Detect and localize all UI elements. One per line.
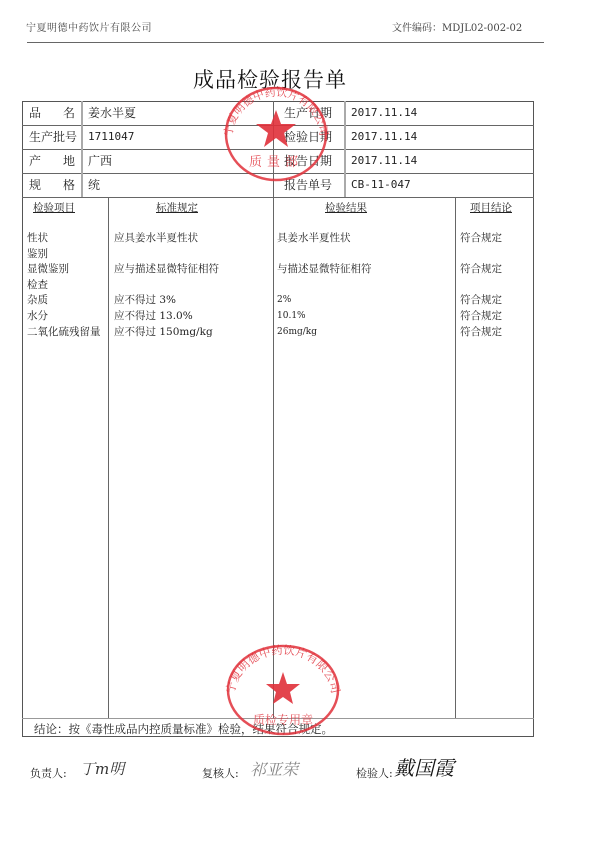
col-divider bbox=[344, 101, 346, 197]
result-text: 10.1% bbox=[277, 309, 306, 325]
standard-text: 应不得过 3% bbox=[114, 293, 176, 309]
inspector-signature: 戴国霞 bbox=[394, 752, 454, 781]
info-value: 1711047 bbox=[88, 130, 134, 144]
row-divider bbox=[22, 197, 534, 198]
conclusion-cell: 符合规定 bbox=[460, 309, 502, 325]
result-text: 26mg/kg bbox=[277, 325, 317, 341]
info-label: 检验日期 bbox=[284, 130, 332, 144]
info-value: 统 bbox=[88, 178, 100, 192]
info-label: 报告日期 bbox=[284, 154, 332, 168]
info-value: 2017.11.14 bbox=[351, 130, 417, 144]
info-label: 规格 bbox=[29, 178, 75, 192]
info-label-char: 规 bbox=[29, 178, 41, 192]
standard-text: 应不得过 150mg/kg bbox=[114, 325, 213, 341]
info-label: 产地 bbox=[29, 154, 75, 168]
col-divider bbox=[81, 101, 83, 197]
info-value: 姜水半夏 bbox=[88, 106, 136, 120]
header-divider bbox=[27, 42, 544, 43]
info-value: CB-11-047 bbox=[351, 178, 411, 192]
test-item: 鉴别 bbox=[27, 247, 48, 263]
info-label-char: 名 bbox=[63, 106, 75, 120]
col-heading-item: 检验项目 bbox=[33, 200, 75, 215]
info-label-char: 格 bbox=[63, 178, 75, 192]
test-item: 性状 bbox=[27, 231, 48, 247]
info-label-char: 产 bbox=[29, 154, 41, 168]
info-label-char: 品 bbox=[29, 106, 41, 120]
standard-text: 应具姜水半夏性状 bbox=[114, 231, 198, 247]
result-text: 与描述显微特征相符 bbox=[277, 262, 372, 278]
conclusion-divider bbox=[22, 718, 534, 719]
info-label: 报告单号 bbox=[284, 178, 332, 192]
col-heading-result: 检验结果 bbox=[325, 200, 367, 215]
conclusion-cell: 符合规定 bbox=[460, 262, 502, 278]
conclusion-cell: 符合规定 bbox=[460, 325, 502, 341]
info-label-char: 地 bbox=[63, 154, 75, 168]
page-title: 成品检验报告单 bbox=[0, 64, 540, 94]
standard-text: 应与描述显微特征相符 bbox=[114, 262, 219, 278]
info-label: 生产日期 bbox=[284, 106, 332, 120]
row-divider bbox=[22, 173, 534, 174]
col-divider bbox=[108, 197, 109, 718]
col-divider bbox=[273, 101, 274, 197]
info-value: 2017.11.14 bbox=[351, 106, 417, 120]
col-divider bbox=[455, 197, 456, 718]
test-item: 显微鉴别 bbox=[27, 262, 69, 278]
test-item: 二氧化硫残留量 bbox=[27, 325, 101, 341]
info-value: 2017.11.14 bbox=[351, 154, 417, 168]
info-value: 广西 bbox=[88, 154, 112, 168]
test-item: 水分 bbox=[27, 309, 48, 325]
responsible-label: 负责人: bbox=[30, 765, 67, 781]
col-heading-conclusion: 项目结论 bbox=[470, 200, 512, 215]
row-divider bbox=[22, 149, 534, 150]
reviewer-label: 复核人: bbox=[202, 765, 239, 781]
info-label: 品名 bbox=[29, 106, 75, 120]
col-heading-standard: 标准规定 bbox=[156, 200, 198, 215]
company-name: 宁夏明德中药饮片有限公司 bbox=[26, 19, 152, 34]
test-item: 检查 bbox=[27, 278, 48, 294]
info-label: 生产批号 bbox=[29, 130, 77, 144]
row-divider bbox=[22, 125, 534, 126]
result-text: 2% bbox=[277, 293, 291, 309]
document-number: 文件编码：MDJL02-002-02 bbox=[392, 19, 522, 34]
result-text: 具姜水半夏性状 bbox=[277, 231, 351, 247]
conclusion-cell: 符合规定 bbox=[460, 231, 502, 247]
reviewer-signature: 祁亚荣 bbox=[250, 757, 298, 780]
inspector-label: 检验人: bbox=[356, 765, 393, 781]
responsible-signature: 丁m明 bbox=[80, 758, 124, 779]
col-divider bbox=[273, 197, 274, 718]
conclusion-text: 结论：按《毒性成品内控质量标准》检验，结果符合规定。 bbox=[34, 721, 333, 737]
test-item: 杂质 bbox=[27, 293, 48, 309]
conclusion-cell: 符合规定 bbox=[460, 293, 502, 309]
standard-text: 应不得过 13.0% bbox=[114, 309, 193, 325]
